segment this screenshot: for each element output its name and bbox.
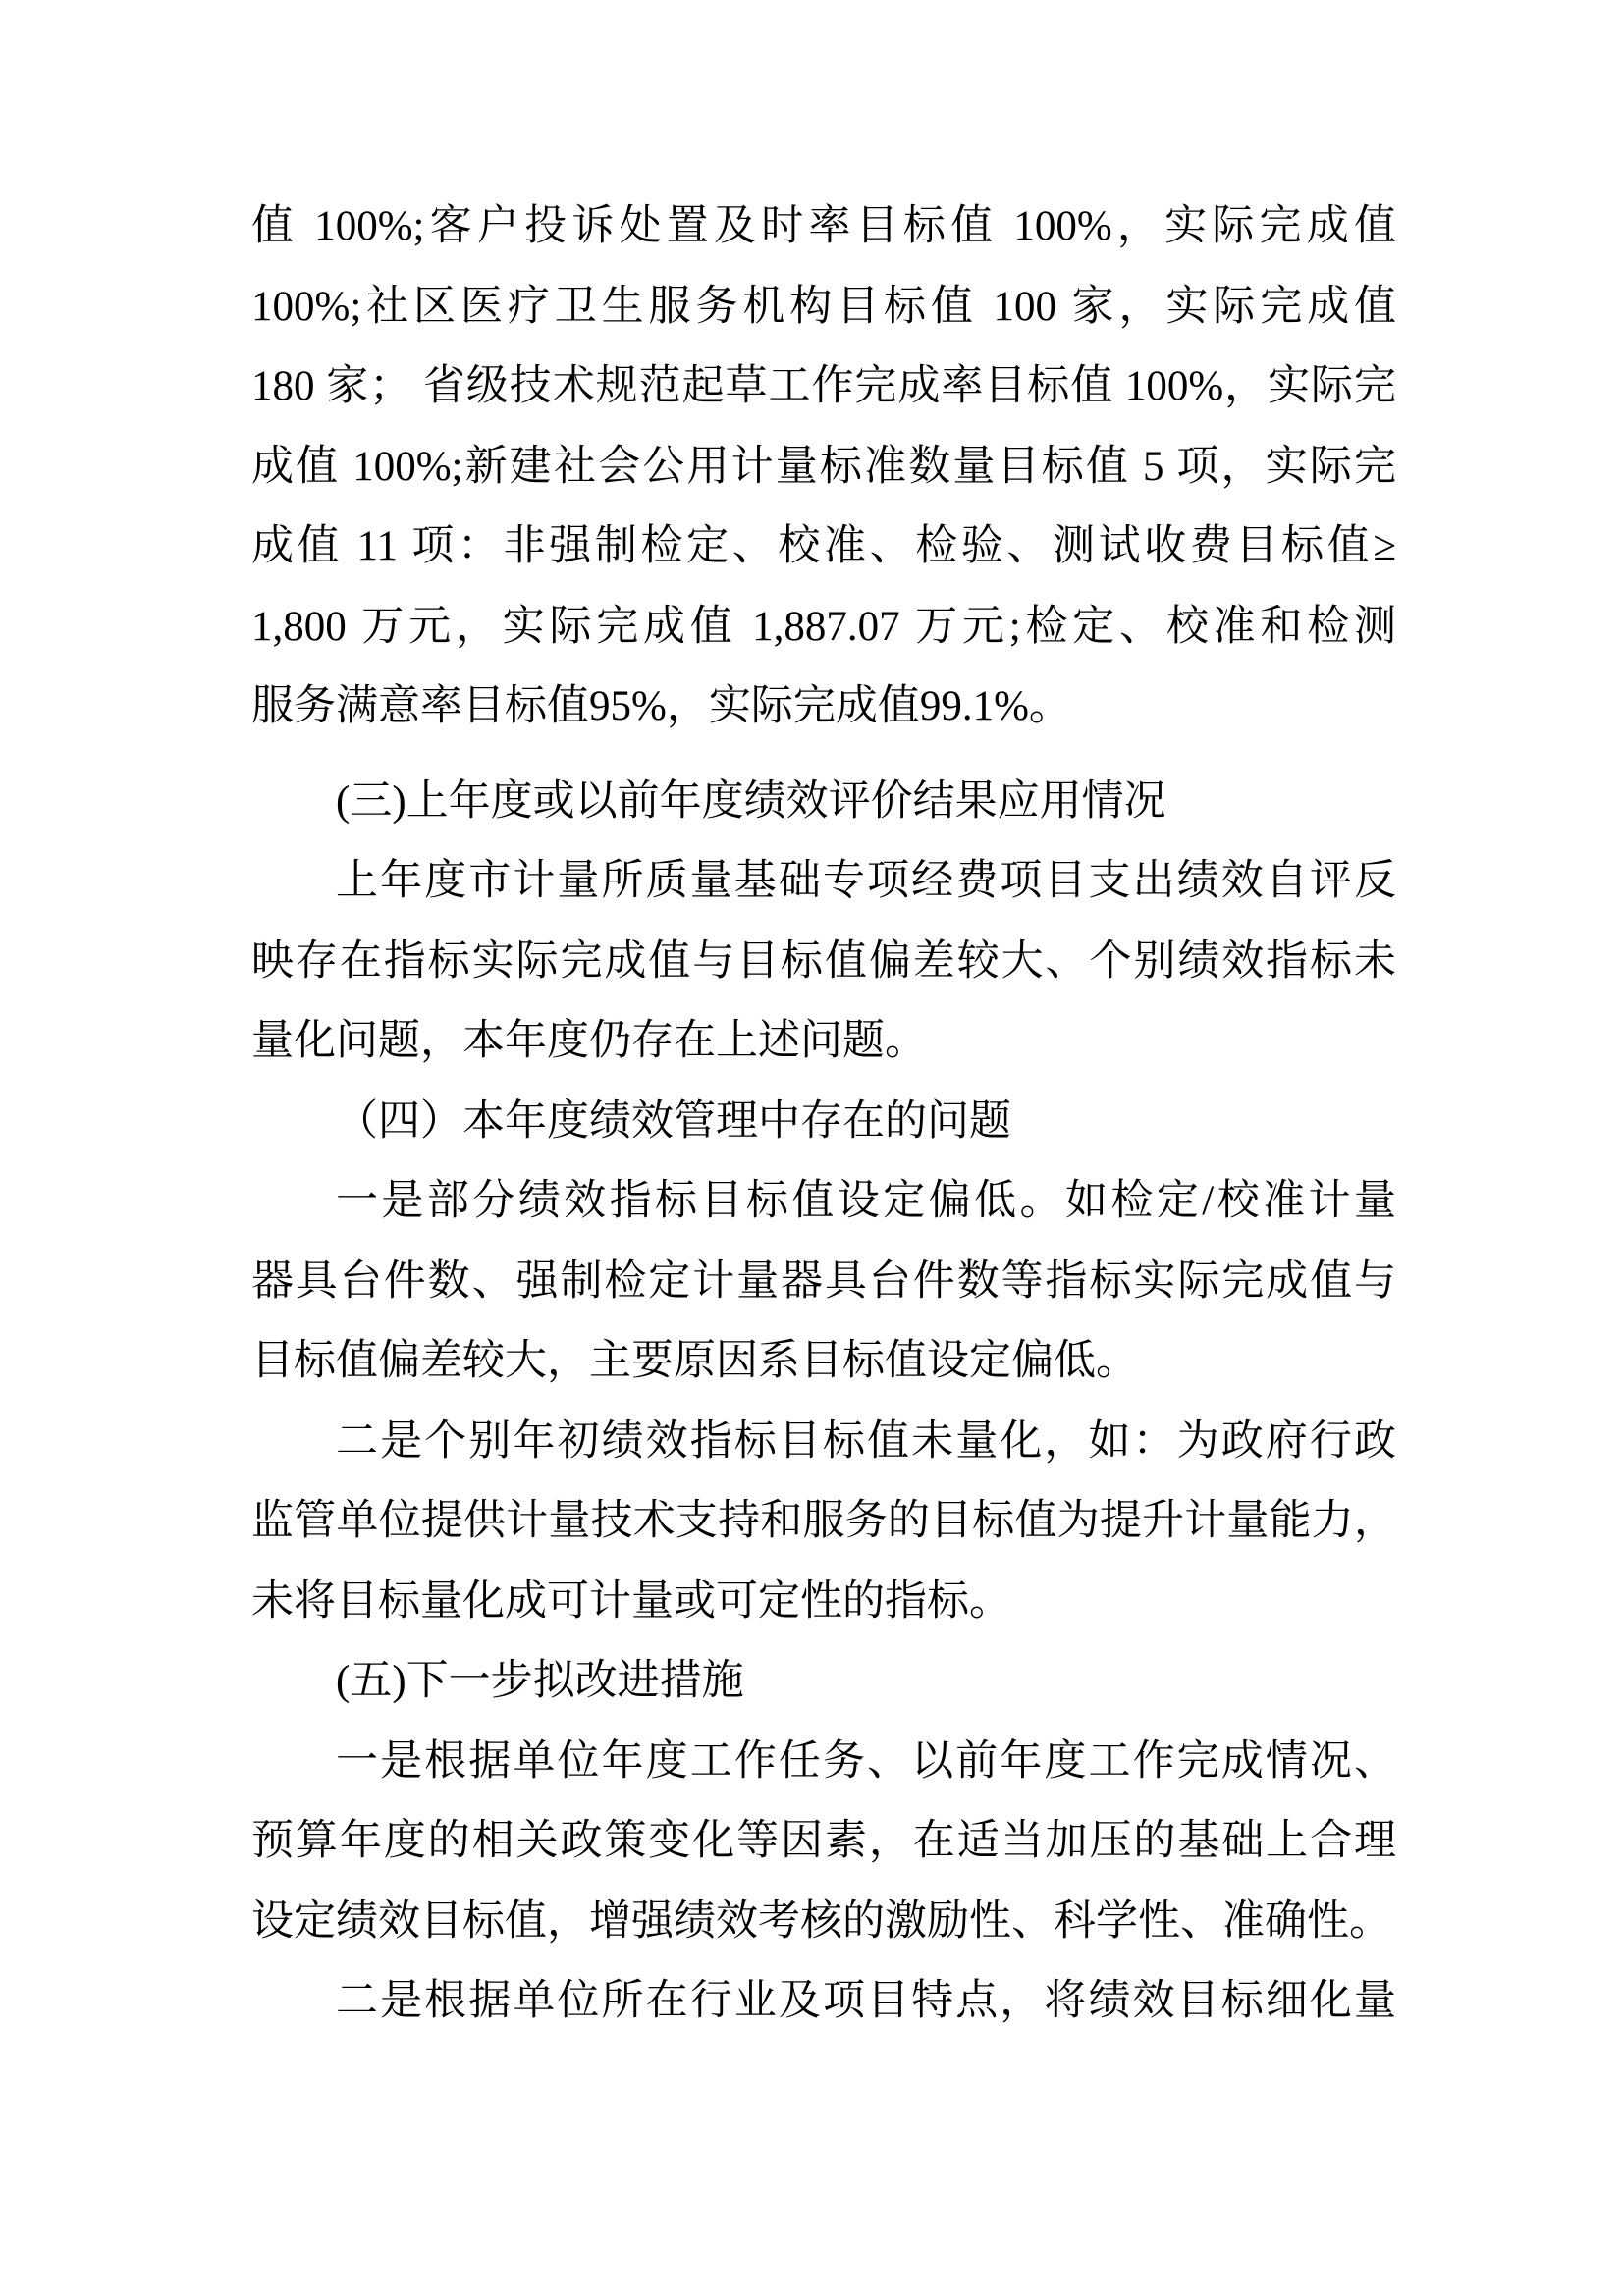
text-line: 180 家； 省级技术规范起草工作完成率目标值 100%，实际完 (251, 347, 1396, 427)
text-line: 二是个别年初绩效指标目标值未量化，如：为政府行政 (251, 1402, 1396, 1482)
text-line: （四）本年度绩效管理中存在的问题 (251, 1082, 1396, 1162)
text-line: 成值 11 项：非强制检定、校准、检验、测试收费目标值≥ (251, 507, 1396, 587)
text-line: (五)下一步拟改进措施 (251, 1641, 1396, 1722)
text-line: 一是根据单位年度工作任务、以前年度工作完成情况、 (251, 1722, 1396, 1802)
text-line: 上年度市计量所质量基础专项经费项目支出绩效自评反 (251, 841, 1396, 922)
text-line: 量化问题，本年度仍存在上述问题。 (251, 1001, 1396, 1082)
text-line: 100%;社区医疗卫生服务机构目标值 100 家，实际完成值 (251, 267, 1396, 347)
text-line: 目标值偏差较大，主要原因系目标值设定偏低。 (251, 1321, 1396, 1402)
text-line: 映存在指标实际完成值与目标值偏差较大、个别绩效指标未 (251, 922, 1396, 1002)
text-line: 设定绩效目标值，增强绩效考核的激励性、科学性、准确性。 (251, 1882, 1396, 1962)
text-line: (三)上年度或以前年度绩效评价结果应用情况 (251, 762, 1396, 842)
text-line: 器具台件数、强制检定计量器具台件数等指标实际完成值与 (251, 1242, 1396, 1322)
text-line: 值 100%;客户投诉处置及时率目标值 100%，实际完成值 (251, 187, 1396, 267)
text-block: 值 100%;客户投诉处置及时率目标值 100%，实际完成值100%;社区医疗卫… (251, 187, 1396, 2042)
document-page: 值 100%;客户投诉处置及时率目标值 100%，实际完成值100%;社区医疗卫… (0, 0, 1623, 2296)
text-line: 预算年度的相关政策变化等因素，在适当加压的基础上合理 (251, 1801, 1396, 1882)
text-line: 未将目标量化成可计量或可定性的指标。 (251, 1562, 1396, 1642)
text-line: 一是部分绩效指标目标值设定偏低。如检定/校准计量 (251, 1161, 1396, 1242)
text-line: 成值 100%;新建社会公用计量标准数量目标值 5 项，实际完 (251, 427, 1396, 507)
text-line: 服务满意率目标值95%，实际完成值99.1%。 (251, 667, 1396, 747)
text-line: 监管单位提供计量技术支持和服务的目标值为提升计量能力， (251, 1481, 1396, 1562)
text-line: 二是根据单位所在行业及项目特点，将绩效目标细化量 (251, 1961, 1396, 2042)
text-line: 1,800 万元，实际完成值 1,887.07 万元;检定、校准和检测 (251, 587, 1396, 667)
